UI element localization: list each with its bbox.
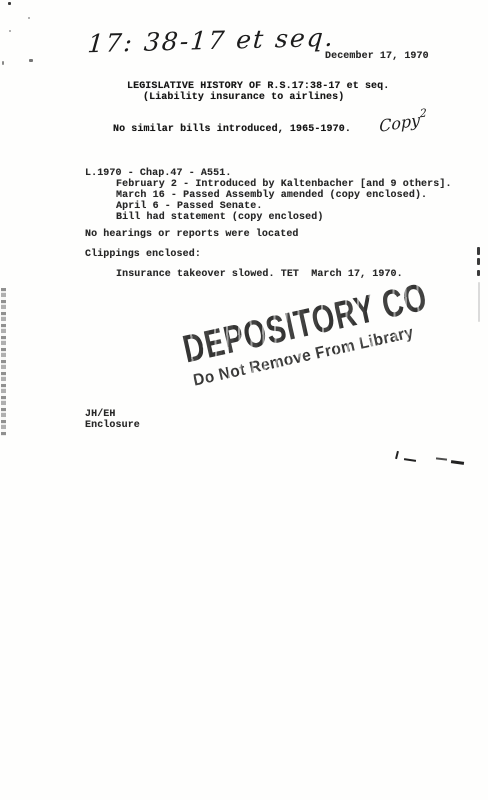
clipping-item: Insurance takeover slowed. TET March 17,… [116, 269, 403, 280]
depository-stamp: DEPOSITORY COPY Do Not Remove From Libra… [149, 275, 445, 445]
scan-artifact-right-faint [478, 282, 480, 322]
pen-scratch [451, 460, 464, 465]
handwritten-copy-note: Copy2 [379, 106, 427, 136]
pen-scratch [436, 457, 447, 460]
history-line-introduced: February 2 - Introduced by Kaltenbacher … [116, 179, 452, 190]
typist-initials: JH/EH [85, 409, 116, 420]
copy-note-text: Copy [379, 110, 420, 136]
handwritten-citation: 17: 38-17 et seq. [87, 23, 336, 58]
scanned-document-page: 17: 38-17 et seq. December 17, 1970 LEGI… [0, 0, 488, 800]
enclosure-note: Enclosure [85, 420, 140, 431]
document-subtitle: (Liability insurance to airlines) [143, 92, 344, 103]
scan-artifact-speck [29, 59, 33, 62]
scan-artifact-left-edge [1, 288, 6, 436]
scan-artifact-right-dash [477, 247, 480, 255]
pen-scratch [404, 458, 416, 462]
scan-artifact-speck [9, 30, 11, 32]
hearings-note: No hearings or reports were located [85, 229, 299, 240]
history-line-passed-senate: April 6 - Passed Senate. [116, 201, 262, 212]
law-chapter-heading: L.1970 - Chap.47 - A551. [85, 168, 231, 179]
scan-artifact-speck [2, 61, 4, 65]
history-line-statement: Bill had statement (copy enclosed) [116, 212, 323, 223]
document-date: December 17, 1970 [325, 51, 429, 62]
document-title: LEGISLATIVE HISTORY OF R.S.17:38-17 et s… [127, 81, 389, 92]
copy-note-number: 2 [420, 106, 427, 120]
pen-scratch [395, 451, 399, 459]
scan-artifact-speck [8, 2, 11, 5]
history-line-passed-assembly: March 16 - Passed Assembly amended (copy… [116, 190, 427, 201]
no-similar-bills-line: No similar bills introduced, 1965-1970. [113, 124, 351, 135]
scan-artifact-speck [28, 17, 30, 19]
scan-artifact-right-dash [477, 270, 480, 276]
scan-artifact-right-dash [477, 258, 480, 265]
clippings-heading: Clippings enclosed: [85, 249, 201, 260]
